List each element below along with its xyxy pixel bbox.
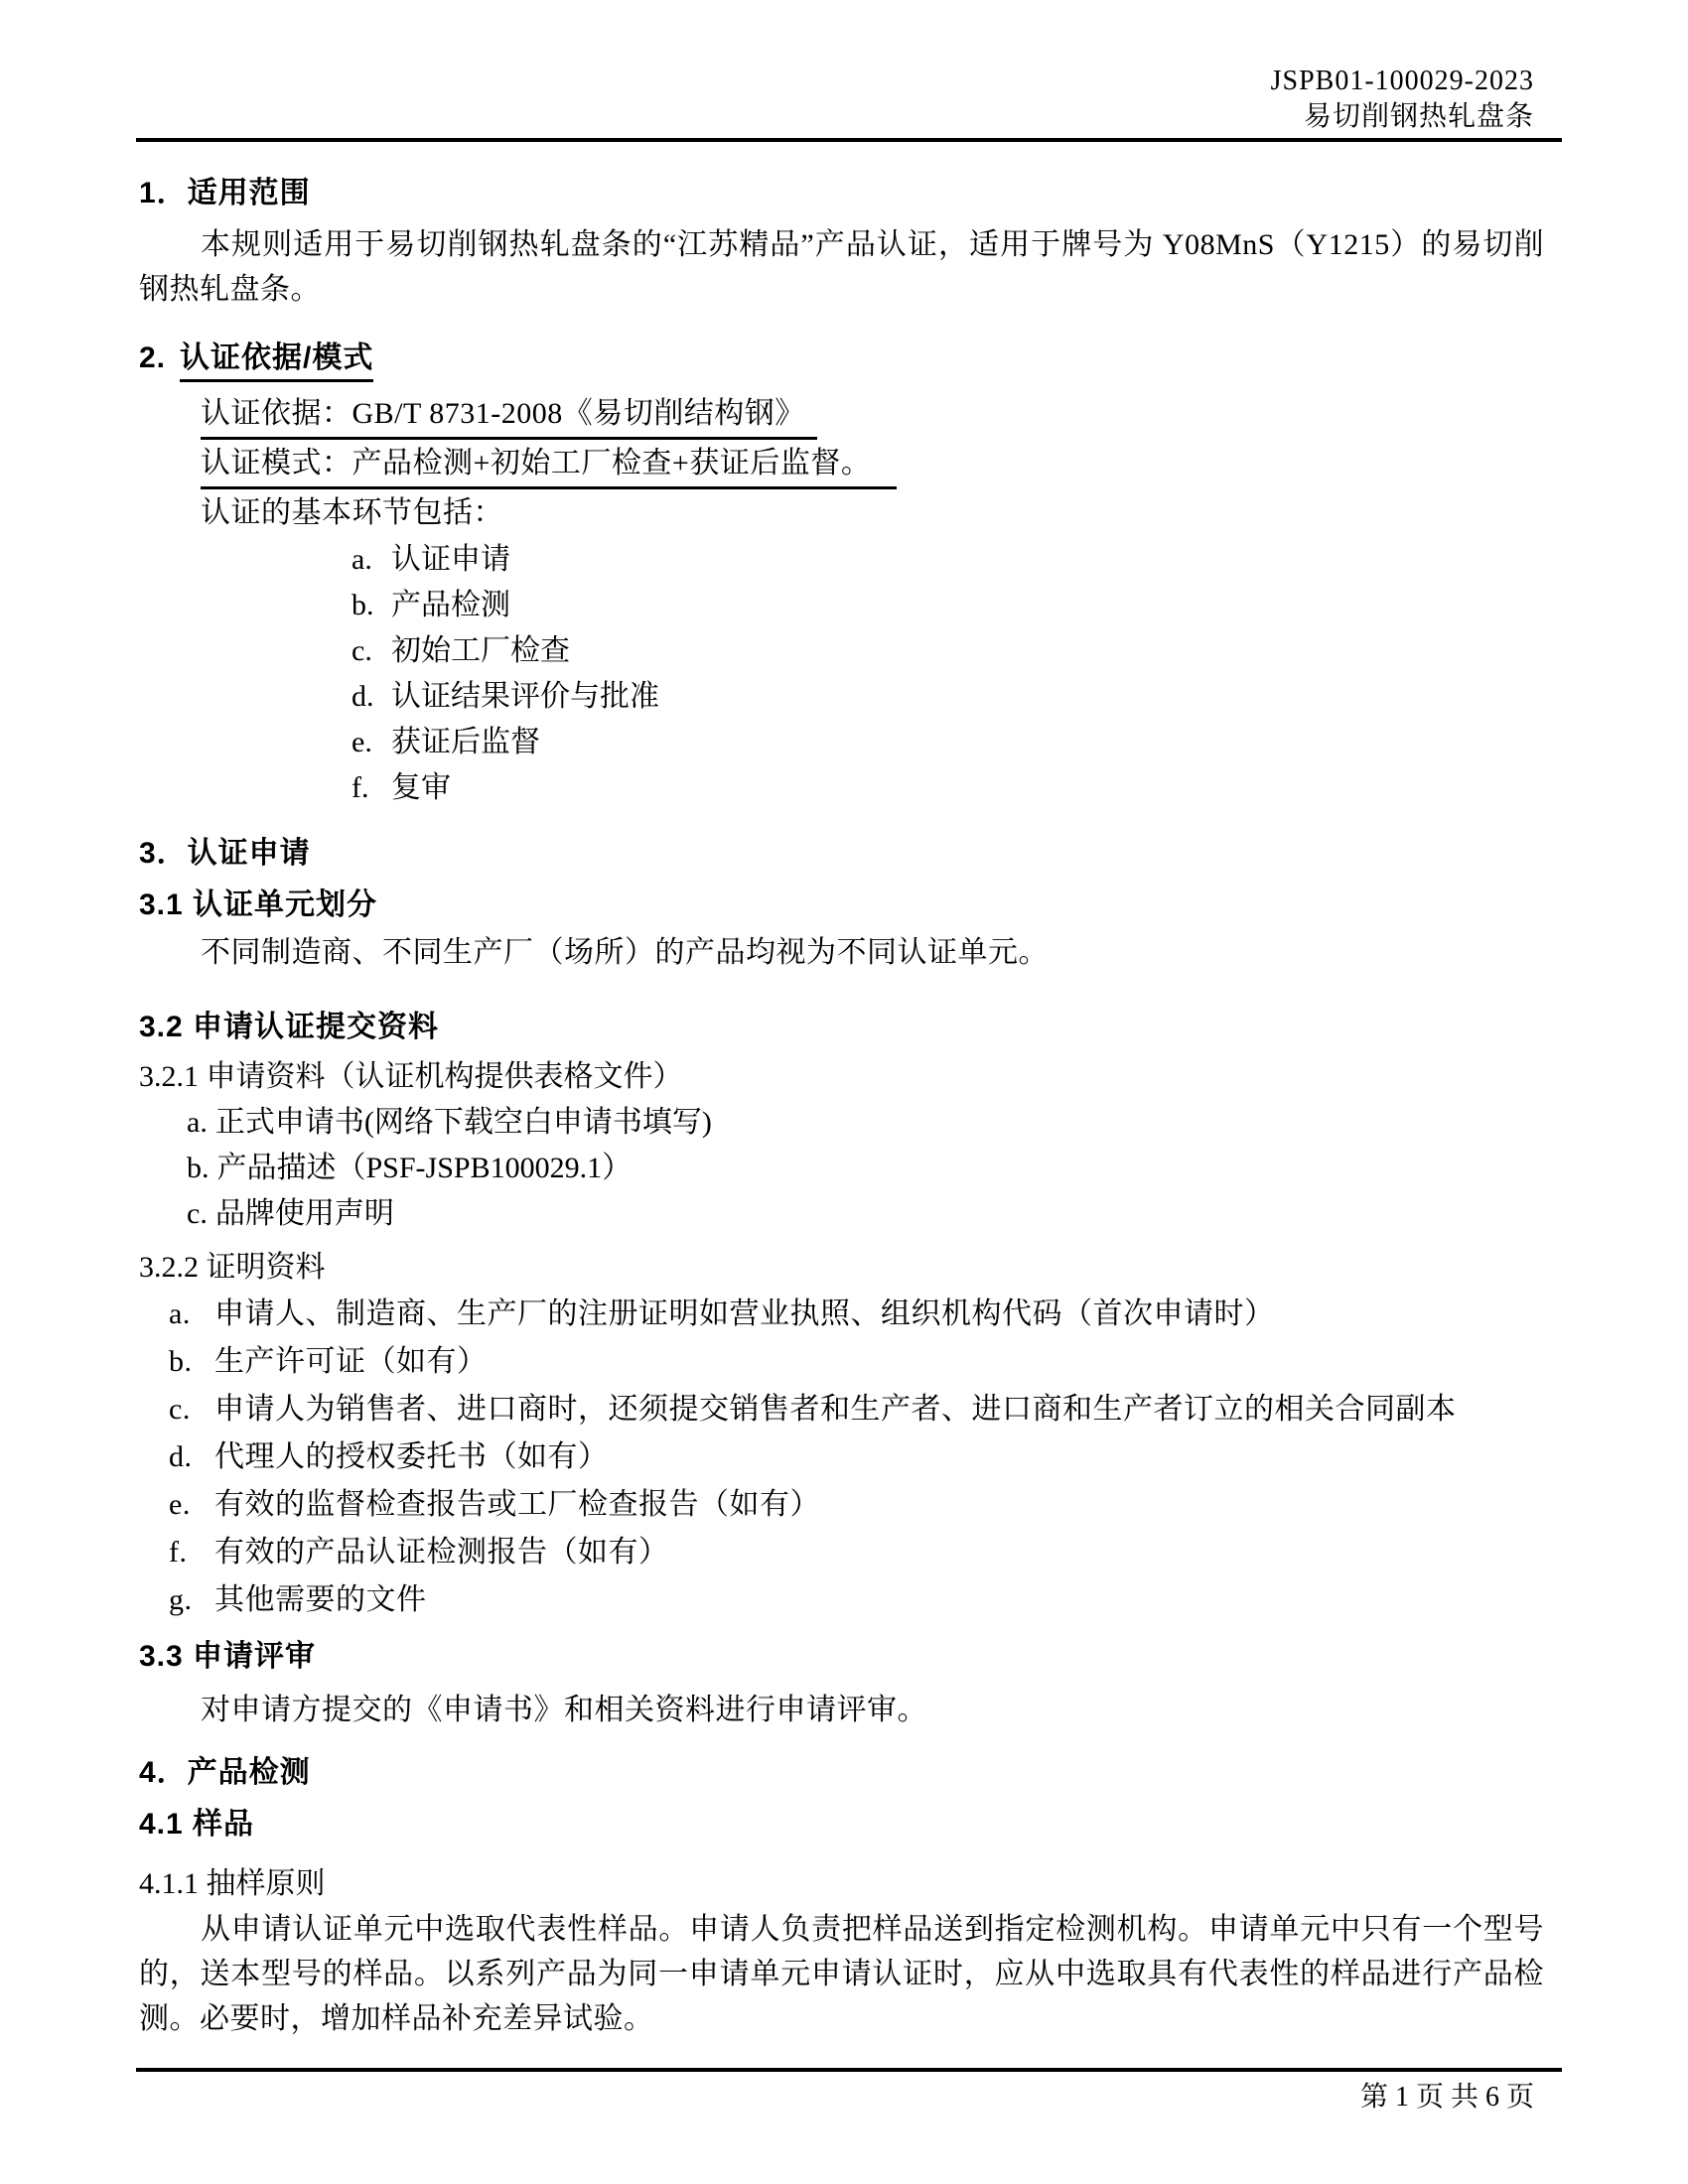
list-item: a.正式申请书(网络下载空白申请书填写) [187, 1100, 1544, 1146]
item-text: 其他需要的文件 [214, 1583, 427, 1616]
section-3-1-heading: 3.1 认证单元划分 [139, 883, 1544, 928]
section-3-2-1-heading: 3.2.1 申请资料（认证机构提供表格文件） [139, 1054, 1544, 1100]
page-footer: 第 1 页 共 6 页 [136, 2068, 1562, 2117]
item-marker: c. [352, 628, 391, 674]
steps-intro: 认证的基本环节包括： [201, 489, 1544, 537]
list-item: e.获证后监督 [352, 720, 1544, 765]
item-text: 复审 [391, 771, 451, 804]
header-doc-name: 易切削钢热轧盘条 [136, 99, 1562, 135]
item-text: 认证申请 [391, 543, 510, 576]
certification-mode-line: 认证模式：产品检测+初始工厂检查+获证后监督。 [201, 440, 1544, 489]
header-doc-code: JSPB01-100029-2023 [136, 64, 1562, 99]
section-2-number: 2. [139, 341, 166, 374]
item-text: 产品检测 [391, 589, 510, 621]
document-body: 1．适用范围 本规则适用于易切削钢热轧盘条的“江苏精品”产品认证，适用于牌号为 … [139, 159, 1544, 2041]
item-marker: b. [187, 1146, 210, 1191]
item-marker: f. [352, 765, 391, 811]
section-3-2-2-heading: 3.2.2 证明资料 [139, 1245, 1544, 1291]
section-3-heading: 3．认证申请 [139, 831, 1544, 877]
section-2-heading: 2.认证依据/模式 [139, 336, 1544, 382]
item-text: 正式申请书(网络下载空白申请书填写) [215, 1106, 712, 1139]
section-4-1-1-paragraph: 从申请认证单元中选取代表性样品。申请人负责把样品送到指定检测机构。申请单元中只有… [139, 1907, 1544, 2041]
list-item: b.产品检测 [352, 583, 1544, 628]
item-text: 产品描述（PSF-JSPB100029.1） [217, 1152, 633, 1184]
list-item: b.生产许可证（如有） [169, 1338, 1544, 1386]
item-text: 有效的产品认证检测报告（如有） [214, 1536, 669, 1569]
list-item: a.申请人、制造商、生产厂的注册证明如营业执照、组织机构代码（首次申请时） [169, 1291, 1544, 1338]
list-item: d.认证结果评价与批准 [352, 674, 1544, 720]
item-marker: f. [169, 1529, 214, 1576]
certification-basis-text: 认证依据：GB/T 8731-2008《易切削结构钢》 [201, 396, 817, 440]
list-item: c.申请人为销售者、进口商时，还须提交销售者和生产者、进口商和生产者订立的相关合… [169, 1386, 1544, 1433]
list-item: f.复审 [352, 765, 1544, 811]
item-text: 认证结果评价与批准 [391, 680, 659, 713]
list-item: d.代理人的授权委托书（如有） [169, 1433, 1544, 1481]
item-marker: c. [169, 1386, 214, 1433]
item-marker: a. [169, 1291, 214, 1338]
application-documents-list: a.正式申请书(网络下载空白申请书填写) b.产品描述（PSF-JSPB1000… [187, 1100, 1544, 1237]
section-4-1-1-heading: 4.1.1 抽样原则 [139, 1861, 1544, 1907]
certification-mode-text: 认证模式：产品检测+初始工厂检查+获证后监督。 [201, 446, 897, 489]
item-text: 申请人为销售者、进口商时，还须提交销售者和生产者、进口商和生产者订立的相关合同副… [214, 1393, 1457, 1426]
section-3-1-paragraph: 不同制造商、不同生产厂（场所）的产品均视为不同认证单元。 [139, 930, 1544, 975]
item-marker: b. [352, 583, 391, 628]
item-text: 获证后监督 [391, 726, 540, 758]
list-item: a.认证申请 [352, 537, 1544, 583]
list-item: f.有效的产品认证检测报告（如有） [169, 1529, 1544, 1576]
item-marker: a. [352, 537, 391, 583]
footer-page-number: 第 1 页 共 6 页 [136, 2072, 1562, 2117]
document-page: JSPB01-100029-2023 易切削钢热轧盘条 1．适用范围 本规则适用… [0, 0, 1688, 2184]
item-marker: b. [169, 1338, 214, 1386]
certification-basis-line: 认证依据：GB/T 8731-2008《易切削结构钢》 [201, 390, 1544, 440]
item-text: 品牌使用声明 [215, 1197, 394, 1230]
item-marker: d. [352, 674, 391, 720]
list-item: c.品牌使用声明 [187, 1191, 1544, 1237]
section-3-3-paragraph: 对申请方提交的《申请书》和相关资料进行申请评审。 [139, 1688, 1544, 1732]
list-item: c.初始工厂检查 [352, 628, 1544, 674]
section-1-heading: 1．适用范围 [139, 171, 1544, 216]
item-marker: e. [352, 720, 391, 765]
list-item: b.产品描述（PSF-JSPB100029.1） [187, 1146, 1544, 1191]
proof-documents-list: a.申请人、制造商、生产厂的注册证明如营业执照、组织机构代码（首次申请时） b.… [169, 1291, 1544, 1624]
item-marker: e. [169, 1481, 214, 1529]
section-3-2-heading: 3.2 申请认证提交资料 [139, 1005, 1544, 1050]
item-marker: d. [169, 1433, 214, 1481]
item-text: 初始工厂检查 [391, 634, 570, 667]
item-text: 生产许可证（如有） [214, 1345, 488, 1378]
section-1-paragraph: 本规则适用于易切削钢热轧盘条的“江苏精品”产品认证，适用于牌号为 Y08MnS（… [139, 222, 1544, 312]
section-2-title: 认证依据/模式 [180, 341, 373, 382]
section-4-heading: 4．产品检测 [139, 1750, 1544, 1796]
list-item: g.其他需要的文件 [169, 1576, 1544, 1624]
certification-steps-list: a.认证申请 b.产品检测 c.初始工厂检查 d.认证结果评价与批准 e.获证后… [352, 537, 1544, 811]
item-text: 有效的监督检查报告或工厂检查报告（如有） [214, 1488, 820, 1521]
item-marker: g. [169, 1576, 214, 1624]
item-marker: a. [187, 1100, 208, 1146]
item-text: 代理人的授权委托书（如有） [214, 1440, 609, 1473]
item-text: 申请人、制造商、生产厂的注册证明如营业执照、组织机构代码（首次申请时） [214, 1297, 1275, 1330]
page-header: JSPB01-100029-2023 易切削钢热轧盘条 [136, 0, 1562, 142]
section-4-1-heading: 4.1 样品 [139, 1802, 1544, 1847]
section-3-3-heading: 3.3 申请评审 [139, 1634, 1544, 1680]
list-item: e.有效的监督检查报告或工厂检查报告（如有） [169, 1481, 1544, 1529]
item-marker: c. [187, 1191, 208, 1237]
